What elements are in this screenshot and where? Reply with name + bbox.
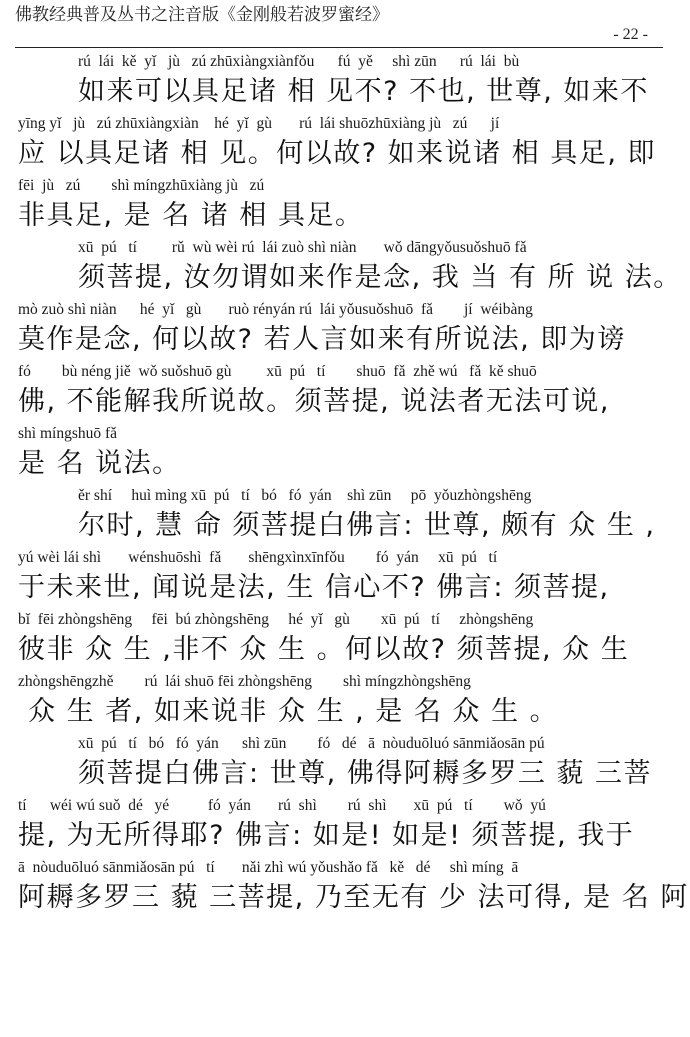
hanzi-line: 应 以具足诸 相 见。何以故? 如来说诸 相 具足, 即: [18, 137, 663, 171]
hanzi-line: 众 生 者, 如来说非 众 生 , 是 名 众 生 。: [18, 695, 663, 729]
hanzi-line: 非具足, 是 名 诸 相 具足。: [18, 199, 663, 233]
hanzi-line: 佛, 不能解我所说故。须菩提, 说法者无法可说,: [18, 385, 663, 419]
pinyin-line: shì míngshuō fǎ: [18, 424, 663, 444]
pinyin-line: yīng yǐ jù zú zhūxiàngxiàn hé yǐ gù rú l…: [18, 114, 663, 134]
header-title: 佛教经典普及丛书之注音版《金刚般若波罗蜜经》: [15, 4, 389, 26]
text-line-pair: fēi jù zú shì míngzhūxiàng jù zú非具足, 是 名…: [18, 174, 663, 236]
pinyin-line: tí wéi wú suǒ dé yé fó yán rú shì rú shì…: [18, 796, 663, 816]
text-line-pair: tí wéi wú suǒ dé yé fó yán rú shì rú shì…: [18, 794, 663, 856]
hanzi-line: 须菩提白佛言: 世尊, 佛得阿耨多罗三 藐 三菩: [18, 757, 663, 791]
text-line-pair: xū pú tí rǔ wù wèi rú lái zuò shì niàn w…: [18, 236, 663, 298]
hanzi-line: 阿耨多罗三 藐 三菩提, 乃至无有 少 法可得, 是 名 阿: [18, 881, 663, 915]
header-rule: [15, 47, 663, 48]
hanzi-line: 是 名 说法。: [18, 447, 663, 481]
text-line-pair: yú wèi lái shì wénshuōshì fǎ shēngxìnxīn…: [18, 546, 663, 608]
text-line-pair: xū pú tí bó fó yán shì zūn fó dé ā nòudu…: [18, 732, 663, 794]
hanzi-line: 莫作是念, 何以故? 若人言如来有所说法, 即为谤: [18, 323, 663, 357]
pinyin-line: xū pú tí rǔ wù wèi rú lái zuò shì niàn w…: [18, 238, 663, 258]
pinyin-line: zhòngshēngzhě rú lái shuō fēi zhòngshēng…: [18, 672, 663, 692]
page-number: - 22 -: [613, 25, 648, 45]
text-line-pair: rú lái kě yǐ jù zú zhūxiàngxiànfǒu fú yě…: [18, 50, 663, 112]
pinyin-line: yú wèi lái shì wénshuōshì fǎ shēngxìnxīn…: [18, 548, 663, 568]
pinyin-line: xū pú tí bó fó yán shì zūn fó dé ā nòudu…: [18, 734, 663, 754]
sutra-text-body: rú lái kě yǐ jù zú zhūxiàngxiànfǒu fú yě…: [18, 50, 663, 918]
hanzi-line: 如来可以具足诸 相 见不? 不也, 世尊, 如来不: [18, 75, 663, 109]
pinyin-line: fēi jù zú shì míngzhūxiàng jù zú: [18, 176, 663, 196]
text-line-pair: zhòngshēngzhě rú lái shuō fēi zhòngshēng…: [18, 670, 663, 732]
pinyin-line: fó bù néng jiě wǒ suǒshuō gù xū pú tí sh…: [18, 362, 663, 382]
hanzi-line: 提, 为无所得耶? 佛言: 如是! 如是! 须菩提, 我于: [18, 819, 663, 853]
hanzi-line: 尔时, 慧 命 须菩提白佛言: 世尊, 颇有 众 生 ,: [18, 509, 663, 543]
hanzi-line: 彼非 众 生 ,非不 众 生 。何以故? 须菩提, 众 生: [18, 633, 663, 667]
pinyin-line: mò zuò shì niàn hé yǐ gù ruò rényán rú l…: [18, 300, 663, 320]
text-line-pair: bǐ fēi zhòngshēng fēi bú zhòngshēng hé y…: [18, 608, 663, 670]
text-line-pair: yīng yǐ jù zú zhūxiàngxiàn hé yǐ gù rú l…: [18, 112, 663, 174]
text-line-pair: ā nòuduōluó sānmiǎosān pú tí nǎi zhì wú …: [18, 856, 663, 918]
pinyin-line: bǐ fēi zhòngshēng fēi bú zhòngshēng hé y…: [18, 610, 663, 630]
text-line-pair: fó bù néng jiě wǒ suǒshuō gù xū pú tí sh…: [18, 360, 663, 422]
pinyin-line: ěr shí huì mìng xū pú tí bó fó yán shì z…: [18, 486, 663, 506]
hanzi-line: 于未来世, 闻说是法, 生 信心不? 佛言: 须菩提,: [18, 571, 663, 605]
text-line-pair: shì míngshuō fǎ是 名 说法。: [18, 422, 663, 484]
text-line-pair: mò zuò shì niàn hé yǐ gù ruò rényán rú l…: [18, 298, 663, 360]
pinyin-line: ā nòuduōluó sānmiǎosān pú tí nǎi zhì wú …: [18, 858, 663, 878]
text-line-pair: ěr shí huì mìng xū pú tí bó fó yán shì z…: [18, 484, 663, 546]
hanzi-line: 须菩提, 汝勿谓如来作是念, 我 当 有 所 说 法。: [18, 261, 663, 295]
pinyin-line: rú lái kě yǐ jù zú zhūxiàngxiànfǒu fú yě…: [18, 52, 663, 72]
